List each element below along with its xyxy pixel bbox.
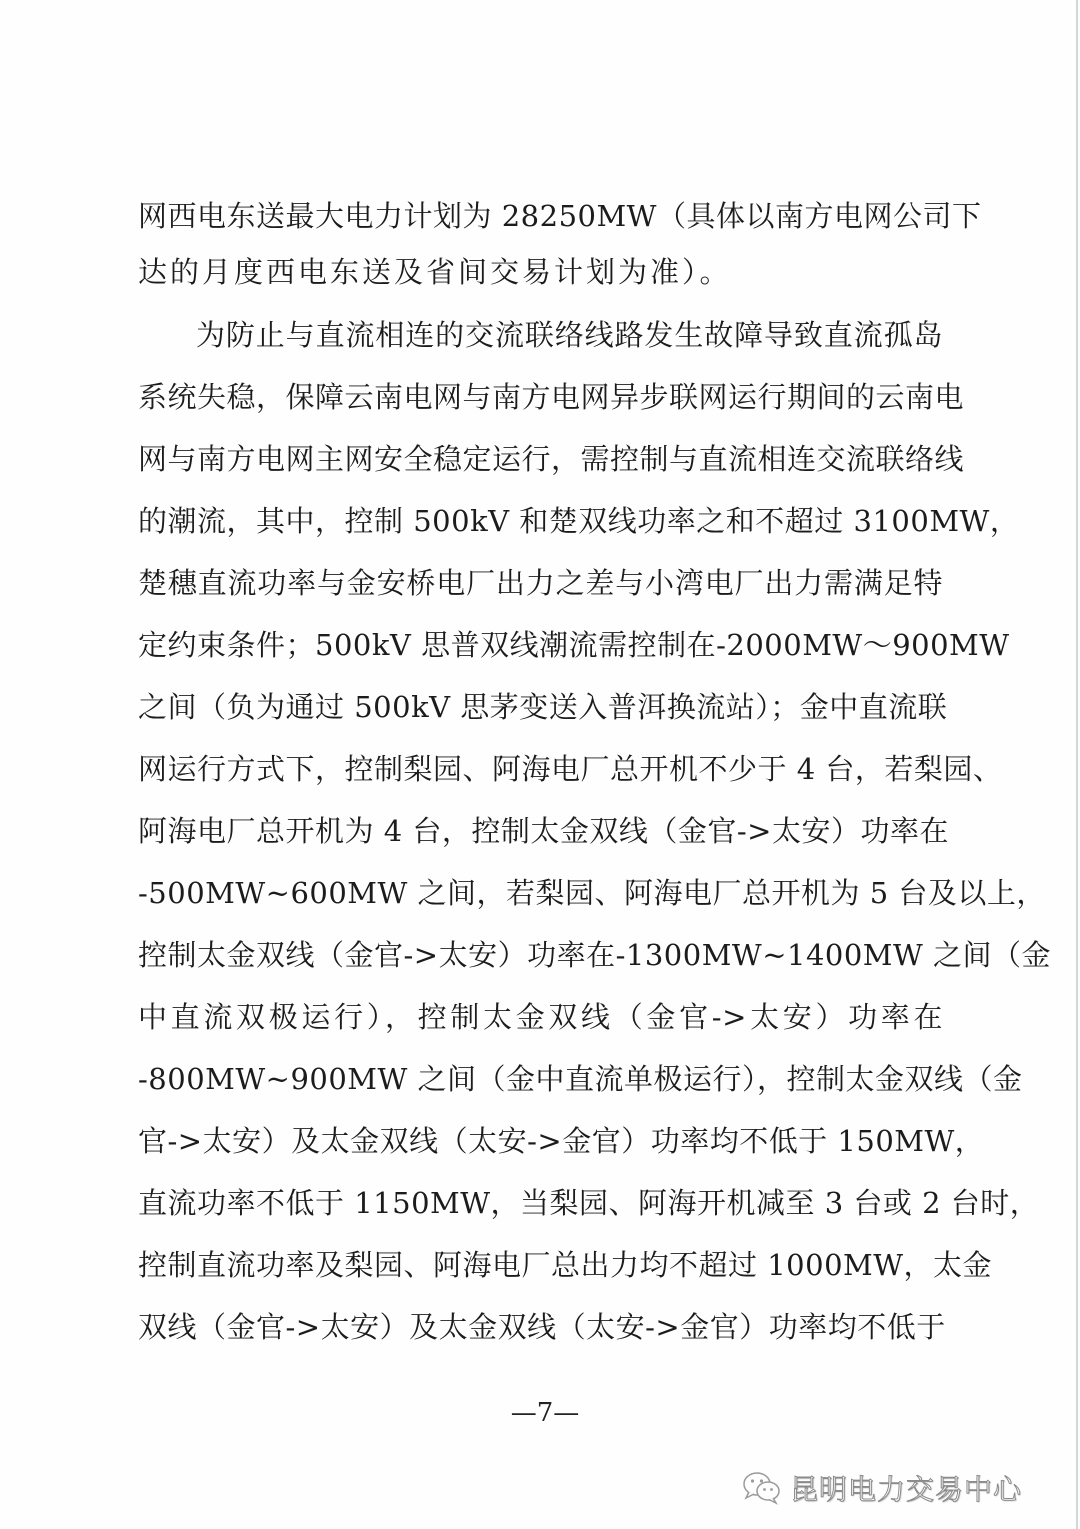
- text-line: 控制太金双线（金官->太安）功率在-1300MW~1400MW 之间（金: [138, 935, 943, 975]
- text-line: 的潮流，其中，控制 500kV 和楚双线功率之和不超过 3100MW，: [138, 501, 943, 541]
- watermark: 昆明电力交易中心: [742, 1466, 1022, 1510]
- text-line: 双线（金官->太安）及太金双线（太安->金官）功率均不低于: [138, 1307, 943, 1347]
- text-line: 网与南方电网主网安全稳定运行，需控制与直流相连交流联络线: [138, 439, 943, 479]
- text-line: 定约束条件；500kV 思普双线潮流需控制在-2000MW～900MW: [138, 625, 943, 665]
- document-page: 网西电东送最大电力计划为 28250MW（具体以南方电网公司下 达的月度西电东送…: [0, 0, 1080, 1529]
- text-line: 网运行方式下，控制梨园、阿海电厂总开机不少于 4 台，若梨园、: [138, 749, 943, 789]
- text-line: 中直流双极运行），控制太金双线（金官->太安）功率在: [138, 997, 943, 1037]
- paragraph-start-line: 为防止与直流相连的交流联络线路发生故障导致直流孤岛: [138, 315, 943, 355]
- text-line: 系统失稳，保障云南电网与南方电网异步联网运行期间的云南电: [138, 377, 943, 417]
- text-line: 阿海电厂总开机为 4 台，控制太金双线（金官->太安）功率在: [138, 811, 943, 851]
- text-line: -500MW~600MW 之间，若梨园、阿海电厂总开机为 5 台及以上，: [138, 873, 943, 913]
- text-line: 楚穗直流功率与金安桥电厂出力之差与小湾电厂出力需满足特: [138, 563, 943, 603]
- text-line: 达的月度西电东送及省间交易计划为准）。: [138, 252, 943, 292]
- wechat-icon: [742, 1470, 782, 1506]
- text-line: 直流功率不低于 1150MW，当梨园、阿海开机减至 3 台或 2 台时，: [138, 1183, 943, 1223]
- watermark-text: 昆明电力交易中心: [790, 1468, 1022, 1508]
- page-number: —7—: [505, 1398, 585, 1428]
- text-line: 网西电东送最大电力计划为 28250MW（具体以南方电网公司下: [138, 196, 943, 236]
- text-line: 之间（负为通过 500kV 思茅变送入普洱换流站）；金中直流联: [138, 687, 943, 727]
- text-line: -800MW~900MW 之间（金中直流单极运行），控制太金双线（金: [138, 1059, 943, 1099]
- text-line: 控制直流功率及梨园、阿海电厂总出力均不超过 1000MW，太金: [138, 1245, 943, 1285]
- page-edge-divider: [1076, 0, 1078, 1529]
- text-line: 官->太安）及太金双线（太安->金官）功率均不低于 150MW，: [138, 1121, 943, 1161]
